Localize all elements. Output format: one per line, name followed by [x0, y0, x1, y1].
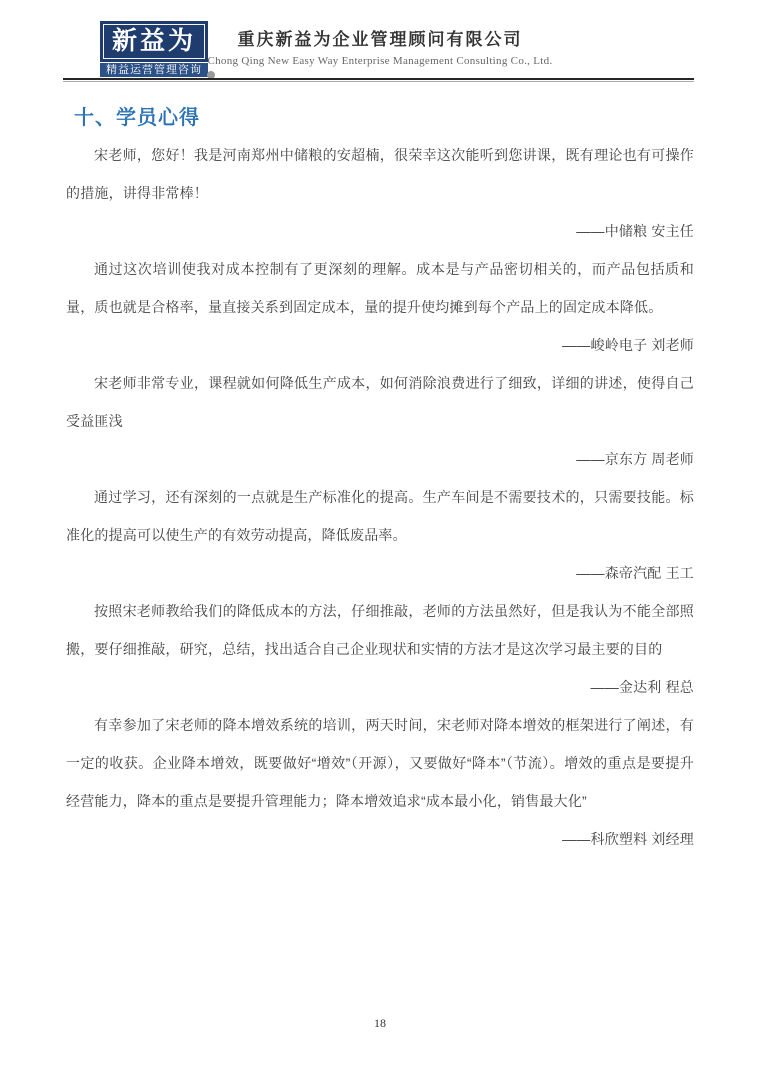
testimonial-text: 有幸参加了宋老师的降本增效系统的培训，两天时间，宋老师对降本增效的框架进行了阐述…: [66, 706, 694, 820]
testimonial-text: 通过这次培训使我对成本控制有了更深刻的理解。成本是与产品密切相关的，而产品包括质…: [66, 250, 694, 326]
testimonial-text: 宋老师，您好！我是河南郑州中储粮的安超楠，很荣幸这次能听到您讲课，既有理论也有可…: [66, 136, 694, 212]
company-names: 重庆新益为企业管理顾问有限公司 Chong Qing New Easy Way …: [0, 28, 760, 67]
testimonial-attribution: ——森帝汽配 王工: [66, 554, 694, 592]
testimonial-text: 宋老师非常专业，课程就如何降低生产成本，如何消除浪费进行了细致，详细的讲述，使得…: [66, 364, 694, 440]
testimonial-attribution: ——峻岭电子 刘老师: [66, 326, 694, 364]
testimonial-block: 宋老师，您好！我是河南郑州中储粮的安超楠，很荣幸这次能听到您讲课，既有理论也有可…: [66, 136, 694, 250]
page-header: 新益为 精益运营管理咨询 重庆新益为企业管理顾问有限公司 Chong Qing …: [0, 0, 760, 78]
testimonial-text: 通过学习，还有深刻的一点就是生产标准化的提高。生产车间是不需要技术的，只需要技能…: [66, 478, 694, 554]
testimonial-block: 按照宋老师教给我们的降低成本的方法，仔细推敲，老师的方法虽然好，但是我认为不能全…: [66, 592, 694, 706]
header-divider-thin-line: [63, 81, 694, 82]
testimonial-text: 按照宋老师教给我们的降低成本的方法，仔细推敲，老师的方法虽然好，但是我认为不能全…: [66, 592, 694, 668]
header-divider: [63, 78, 694, 82]
testimonial-attribution: ——中储粮 安主任: [66, 212, 694, 250]
page-number: 18: [374, 1016, 386, 1030]
section-title: 十、学员心得: [74, 104, 694, 132]
document-page: 新益为 精益运营管理咨询 重庆新益为企业管理顾问有限公司 Chong Qing …: [0, 0, 760, 1075]
testimonial-attribution: ——京东方 周老师: [66, 440, 694, 478]
document-body: 十、学员心得 宋老师，您好！我是河南郑州中储粮的安超楠，很荣幸这次能听到您讲课，…: [66, 96, 694, 858]
header-divider-thick-line: [63, 78, 694, 80]
testimonial-block: 通过这次培训使我对成本控制有了更深刻的理解。成本是与产品密切相关的，而产品包括质…: [66, 250, 694, 364]
testimonial-block: 有幸参加了宋老师的降本增效系统的培训，两天时间，宋老师对降本增效的框架进行了阐述…: [66, 706, 694, 858]
page-footer: 18: [0, 1016, 760, 1031]
company-name-zh: 重庆新益为企业管理顾问有限公司: [0, 28, 760, 52]
testimonial-block: 宋老师非常专业，课程就如何降低生产成本，如何消除浪费进行了细致，详细的讲述，使得…: [66, 364, 694, 478]
testimonial-attribution: ——科欣塑料 刘经理: [66, 820, 694, 858]
company-name-en: Chong Qing New Easy Way Enterprise Manag…: [0, 55, 760, 67]
testimonial-block: 通过学习，还有深刻的一点就是生产标准化的提高。生产车间是不需要技术的，只需要技能…: [66, 478, 694, 592]
testimonial-attribution: ——金达利 程总: [66, 668, 694, 706]
